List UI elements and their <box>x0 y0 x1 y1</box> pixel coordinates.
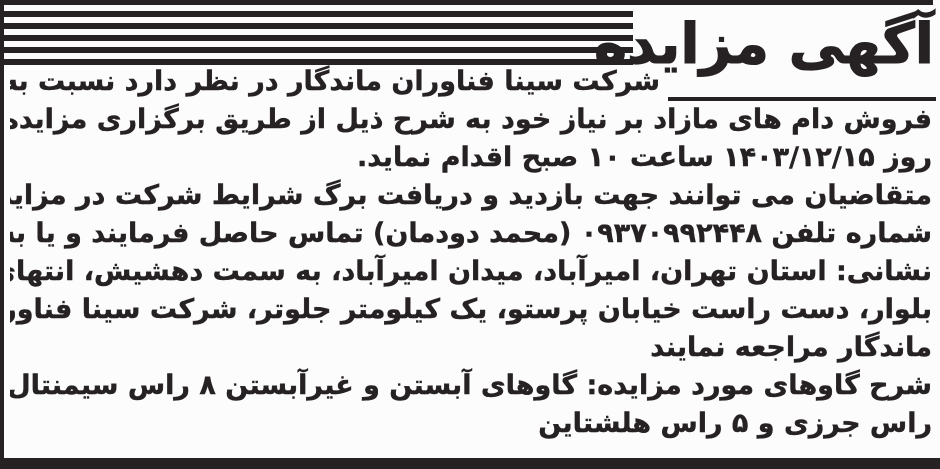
body-line-4: متقاضیان می توانند جهت بازدید و دریافت ب… <box>10 177 932 215</box>
ad-body-text: شرکت سینا فناوران ماندگار در نظر دارد نس… <box>10 63 932 443</box>
body-line-2: فروش دام های مازاد بر نیاز خود به شرح ذی… <box>10 101 932 139</box>
body-line-7: بلوار، دست راست خیابان پرستو، یک کیلومتر… <box>10 291 932 329</box>
body-line-3: روز ۱۴۰۳/۱۲/۱۵ ساعت ۱۰ صبح اقدام نماید. <box>10 139 932 177</box>
newspaper-auction-ad: آگهی مزایده شرکت سینا فناوران ماندگار در… <box>0 0 940 469</box>
body-line-9: شرح گاوهای مورد مزایده: گاوهای آبستن و غ… <box>10 367 932 405</box>
body-line-10: راس جرزی و ۵ راس هلشتاین <box>10 405 932 443</box>
body-line-1: شرکت سینا فناوران ماندگار در نظر دارد نس… <box>10 63 660 101</box>
body-line-6: نشانی: استان تهران، امیرآباد، میدان امیر… <box>10 253 932 291</box>
body-line-5: شماره تلفن ۰۹۳۷۰۹۹۲۴۴۸ (محمد دودمان) تما… <box>10 215 932 253</box>
body-line-8: ماندگار مراجعه نمایند <box>10 329 932 367</box>
header-pinstripes <box>0 11 633 66</box>
left-border-rule <box>0 0 4 458</box>
bottom-rule <box>0 458 940 469</box>
